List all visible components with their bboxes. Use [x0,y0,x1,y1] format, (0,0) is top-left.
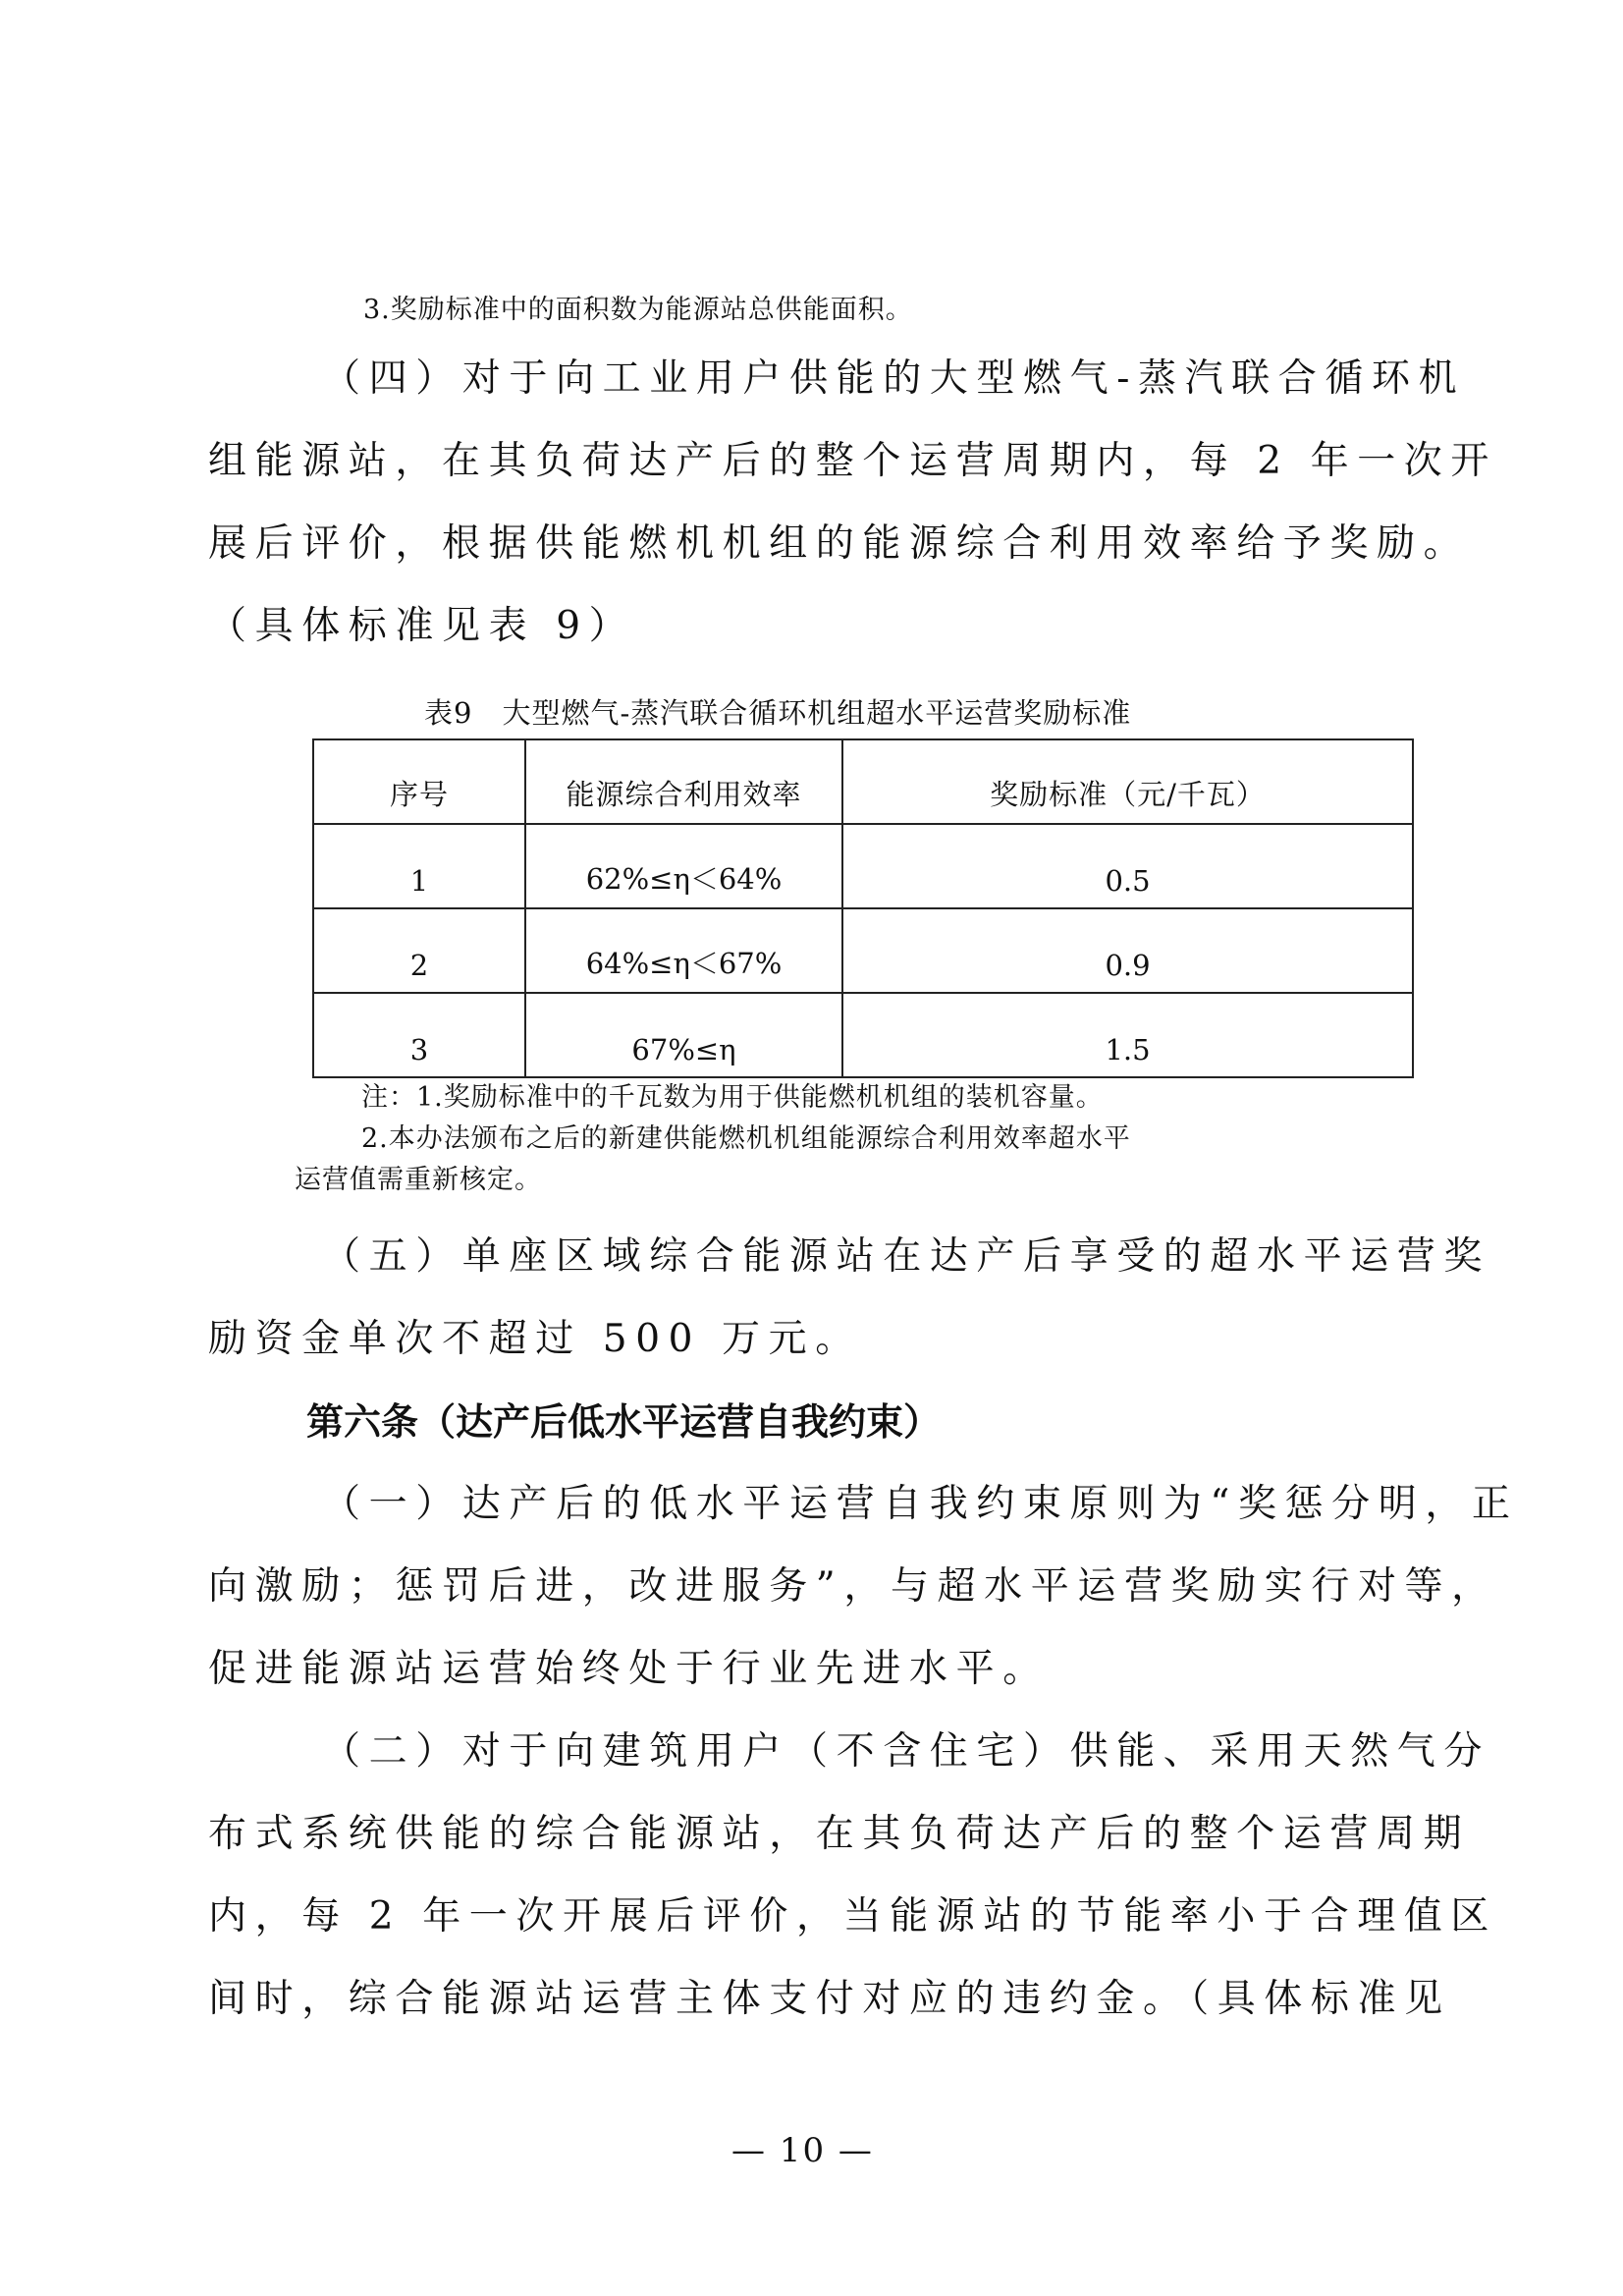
table-row: 2 64%≤η＜67% 0.9 [313,908,1413,993]
table-header-row: 序号 能源综合利用效率 奖励标准（元/千瓦） [313,739,1413,824]
cell-index: 1 [313,824,525,908]
paragraph-line: 内，每 2 年一次开展后评价，当能源站的节能率小于合理值区 [208,1893,1497,1941]
paragraph-line: （一）达产后的低水平运营自我约束原则为“奖惩分明，正 [322,1481,1519,1528]
header-index: 序号 [313,739,525,824]
paragraph-line: 促进能源站运营始终处于行业先进水平。 [208,1646,1050,1693]
cell-index: 3 [313,993,525,1077]
table-row: 3 67%≤η 1.5 [313,993,1413,1077]
paragraph-line: 间时，综合能源站运营主体支付对应的违约金。（具体标准见 [208,1976,1451,2023]
cell-efficiency: 67%≤η [525,993,842,1077]
table-caption: 表9 大型燃气-蒸汽联合循环机组超水平运营奖励标准 [424,695,1131,731]
table-row: 1 62%≤η＜64% 0.5 [313,824,1413,908]
table-note-1: 注：1.奖励标准中的千瓦数为用于供能燃机机组的装机容量。 [361,1080,1104,1116]
paragraph-line: （具体标准见表 9） [208,603,635,650]
paragraph-line: （五）单座区域综合能源站在达产后享受的超水平运营奖 [322,1233,1490,1281]
paragraph-line: 励资金单次不超过 500 万元。 [208,1316,862,1363]
table-note-2: 2.本办法颁布之后的新建供能燃机机组能源综合利用效率超水平 [361,1121,1131,1157]
article-six-heading: 第六条（达产后低水平运营自我约束） [306,1398,941,1446]
table-note-2-cont: 运营值需重新核定。 [295,1163,542,1198]
paragraph-line: 展后评价，根据供能燃机机组的能源综合利用效率给予奖励。 [208,520,1470,568]
reward-note-3: 3.奖励标准中的面积数为能源站总供能面积。 [363,293,913,328]
paragraph-line: 布式系统供能的综合能源站，在其负荷达产后的整个运营周期 [208,1811,1470,1858]
paragraph-line: 组能源站，在其负荷达产后的整个运营周期内，每 2 年一次开 [208,438,1497,485]
page-number: — 10 — [731,2131,874,2170]
cell-reward: 0.9 [842,908,1413,993]
paragraph-line: （二）对于向建筑用户（不含住宅）供能、采用天然气分 [322,1728,1490,1776]
cell-reward: 1.5 [842,993,1413,1077]
header-efficiency: 能源综合利用效率 [525,739,842,824]
cell-efficiency: 64%≤η＜67% [525,908,842,993]
paragraph-line: （四）对于向工业用户供能的大型燃气-蒸汽联合循环机 [322,355,1465,403]
reward-standard-table: 序号 能源综合利用效率 奖励标准（元/千瓦） 1 62%≤η＜64% 0.5 2… [312,738,1414,1078]
cell-reward: 0.5 [842,824,1413,908]
cell-index: 2 [313,908,525,993]
paragraph-line: 向激励；惩罚后进，改进服务”，与超水平运营奖励实行对等， [208,1563,1498,1611]
cell-efficiency: 62%≤η＜64% [525,824,842,908]
header-reward: 奖励标准（元/千瓦） [842,739,1413,824]
